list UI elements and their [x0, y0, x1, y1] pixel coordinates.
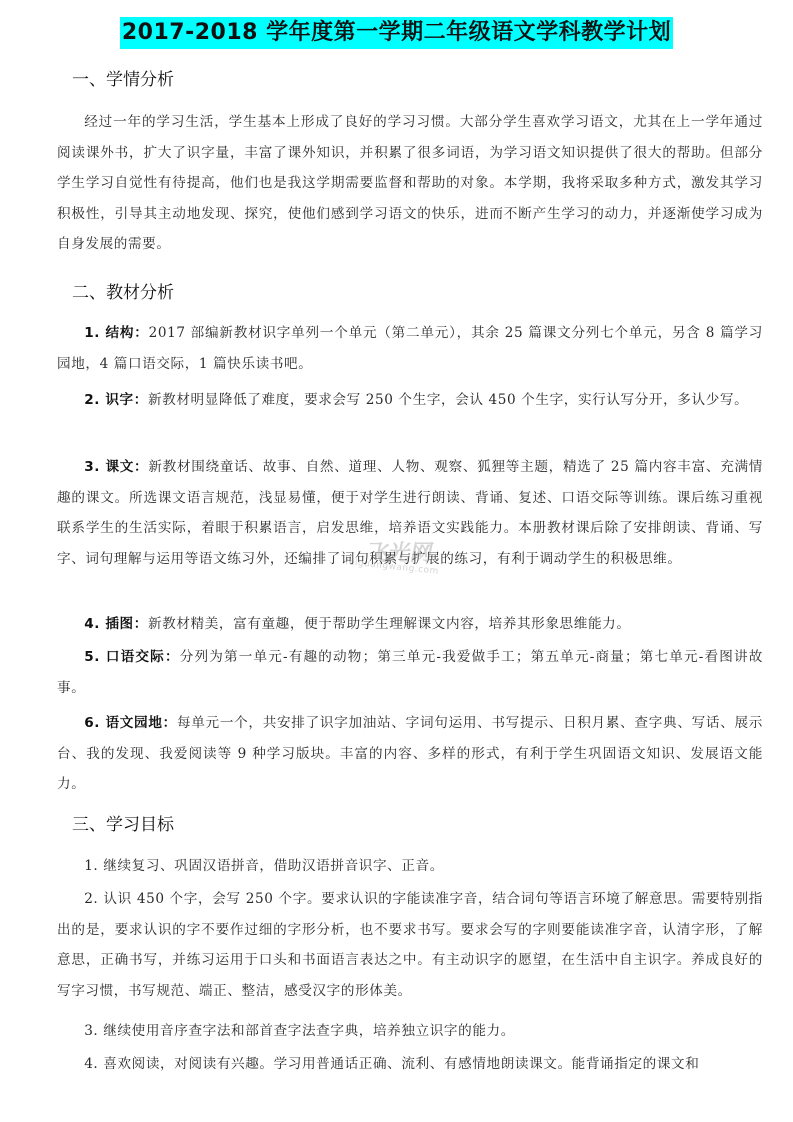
paragraph-text: 经过一年的学习生活，学生基本上形成了良好的学习习惯。大部分学生喜欢学习语文，尤其…	[57, 114, 763, 252]
paragraph-lead: 1. 结构：	[84, 325, 148, 341]
paragraph-lead: 4. 插图：	[84, 616, 148, 632]
goal-item-4: 4. 喜欢阅读，对阅读有兴趣。学习用普通话正确、流利、有感情地朗读课文。能背诵指…	[57, 1049, 763, 1080]
title-container: 2017-2018 学年度第一学期二年级语文学科教学计划	[0, 17, 793, 49]
paragraph-structure: 1. 结构：2017 部编新教材识字单列一个单元（第二单元），其余 25 篇课文…	[57, 318, 763, 379]
paragraph-lead: 3. 课文：	[84, 459, 148, 475]
paragraph-lead: 2. 识字：	[84, 392, 148, 408]
section-heading-situation: 一、学情分析	[72, 68, 174, 92]
paragraph-literacy: 2. 识字：新教材明显降低了难度，要求会写 250 个生字，会认 450 个生字…	[57, 385, 763, 416]
paragraph-text: 2. 认识 450 个字，会写 250 个字。要求认识的字能读准字音，结合词句等…	[57, 891, 763, 999]
paragraph-text: 4. 喜欢阅读，对阅读有兴趣。学习用普通话正确、流利、有感情地朗读课文。能背诵指…	[84, 1056, 699, 1072]
section-heading-textbook: 二、教材分析	[72, 281, 174, 305]
goal-item-1: 1. 继续复习、巩固汉语拼音，借助汉语拼音识字、正音。	[57, 851, 763, 882]
paragraph-lead: 6. 语文园地：	[84, 715, 177, 731]
section-heading-goals: 三、学习目标	[72, 813, 174, 837]
paragraph-illustrations: 4. 插图：新教材精美，富有童趣，便于帮助学生理解课文内容，培养其形象思维能力。	[57, 609, 763, 640]
paragraph-situation: 经过一年的学习生活，学生基本上形成了良好的学习习惯。大部分学生喜欢学习语文，尤其…	[57, 107, 763, 260]
goal-item-3: 3. 继续使用音序查字法和部首查字法查字典，培养独立识字的能力。	[57, 1016, 763, 1047]
paragraph-texts: 3. 课文：新教材围绕童话、故事、自然、道理、人物、观察、狐狸等主题，精选了 2…	[57, 452, 763, 574]
paragraph-text: 1. 继续复习、巩固汉语拼音，借助汉语拼音识字、正音。	[84, 858, 444, 874]
paragraph-text: 新教材围绕童话、故事、自然、道理、人物、观察、狐狸等主题，精选了 25 篇内容丰…	[57, 459, 763, 567]
paragraph-text: 2017 部编新教材识字单列一个单元（第二单元），其余 25 篇课文分列七个单元…	[57, 325, 763, 372]
paragraph-lead: 5. 口语交际：	[84, 649, 180, 665]
paragraph-text: 新教材明显降低了难度，要求会写 250 个生字，会认 450 个生字，实行认写分…	[148, 392, 748, 408]
document-page: 2017-2018 学年度第一学期二年级语文学科教学计划 一、学情分析 经过一年…	[0, 0, 793, 1122]
document-title: 2017-2018 学年度第一学期二年级语文学科教学计划	[120, 17, 673, 49]
paragraph-language-garden: 6. 语文园地：每单元一个，共安排了识字加油站、字词句运用、书写提示、日积月累、…	[57, 708, 763, 800]
paragraph-text: 3. 继续使用音序查字法和部首查字法查字典，培养独立识字的能力。	[84, 1023, 515, 1039]
paragraph-text: 新教材精美，富有童趣，便于帮助学生理解课文内容，培养其形象思维能力。	[148, 616, 631, 632]
goal-item-2: 2. 认识 450 个字，会写 250 个字。要求认识的字能读准字音，结合词句等…	[57, 884, 763, 1006]
paragraph-oral-communication: 5. 口语交际：分列为第一单元-有趣的动物；第三单元-我爱做手工；第五单元-商量…	[57, 642, 763, 703]
